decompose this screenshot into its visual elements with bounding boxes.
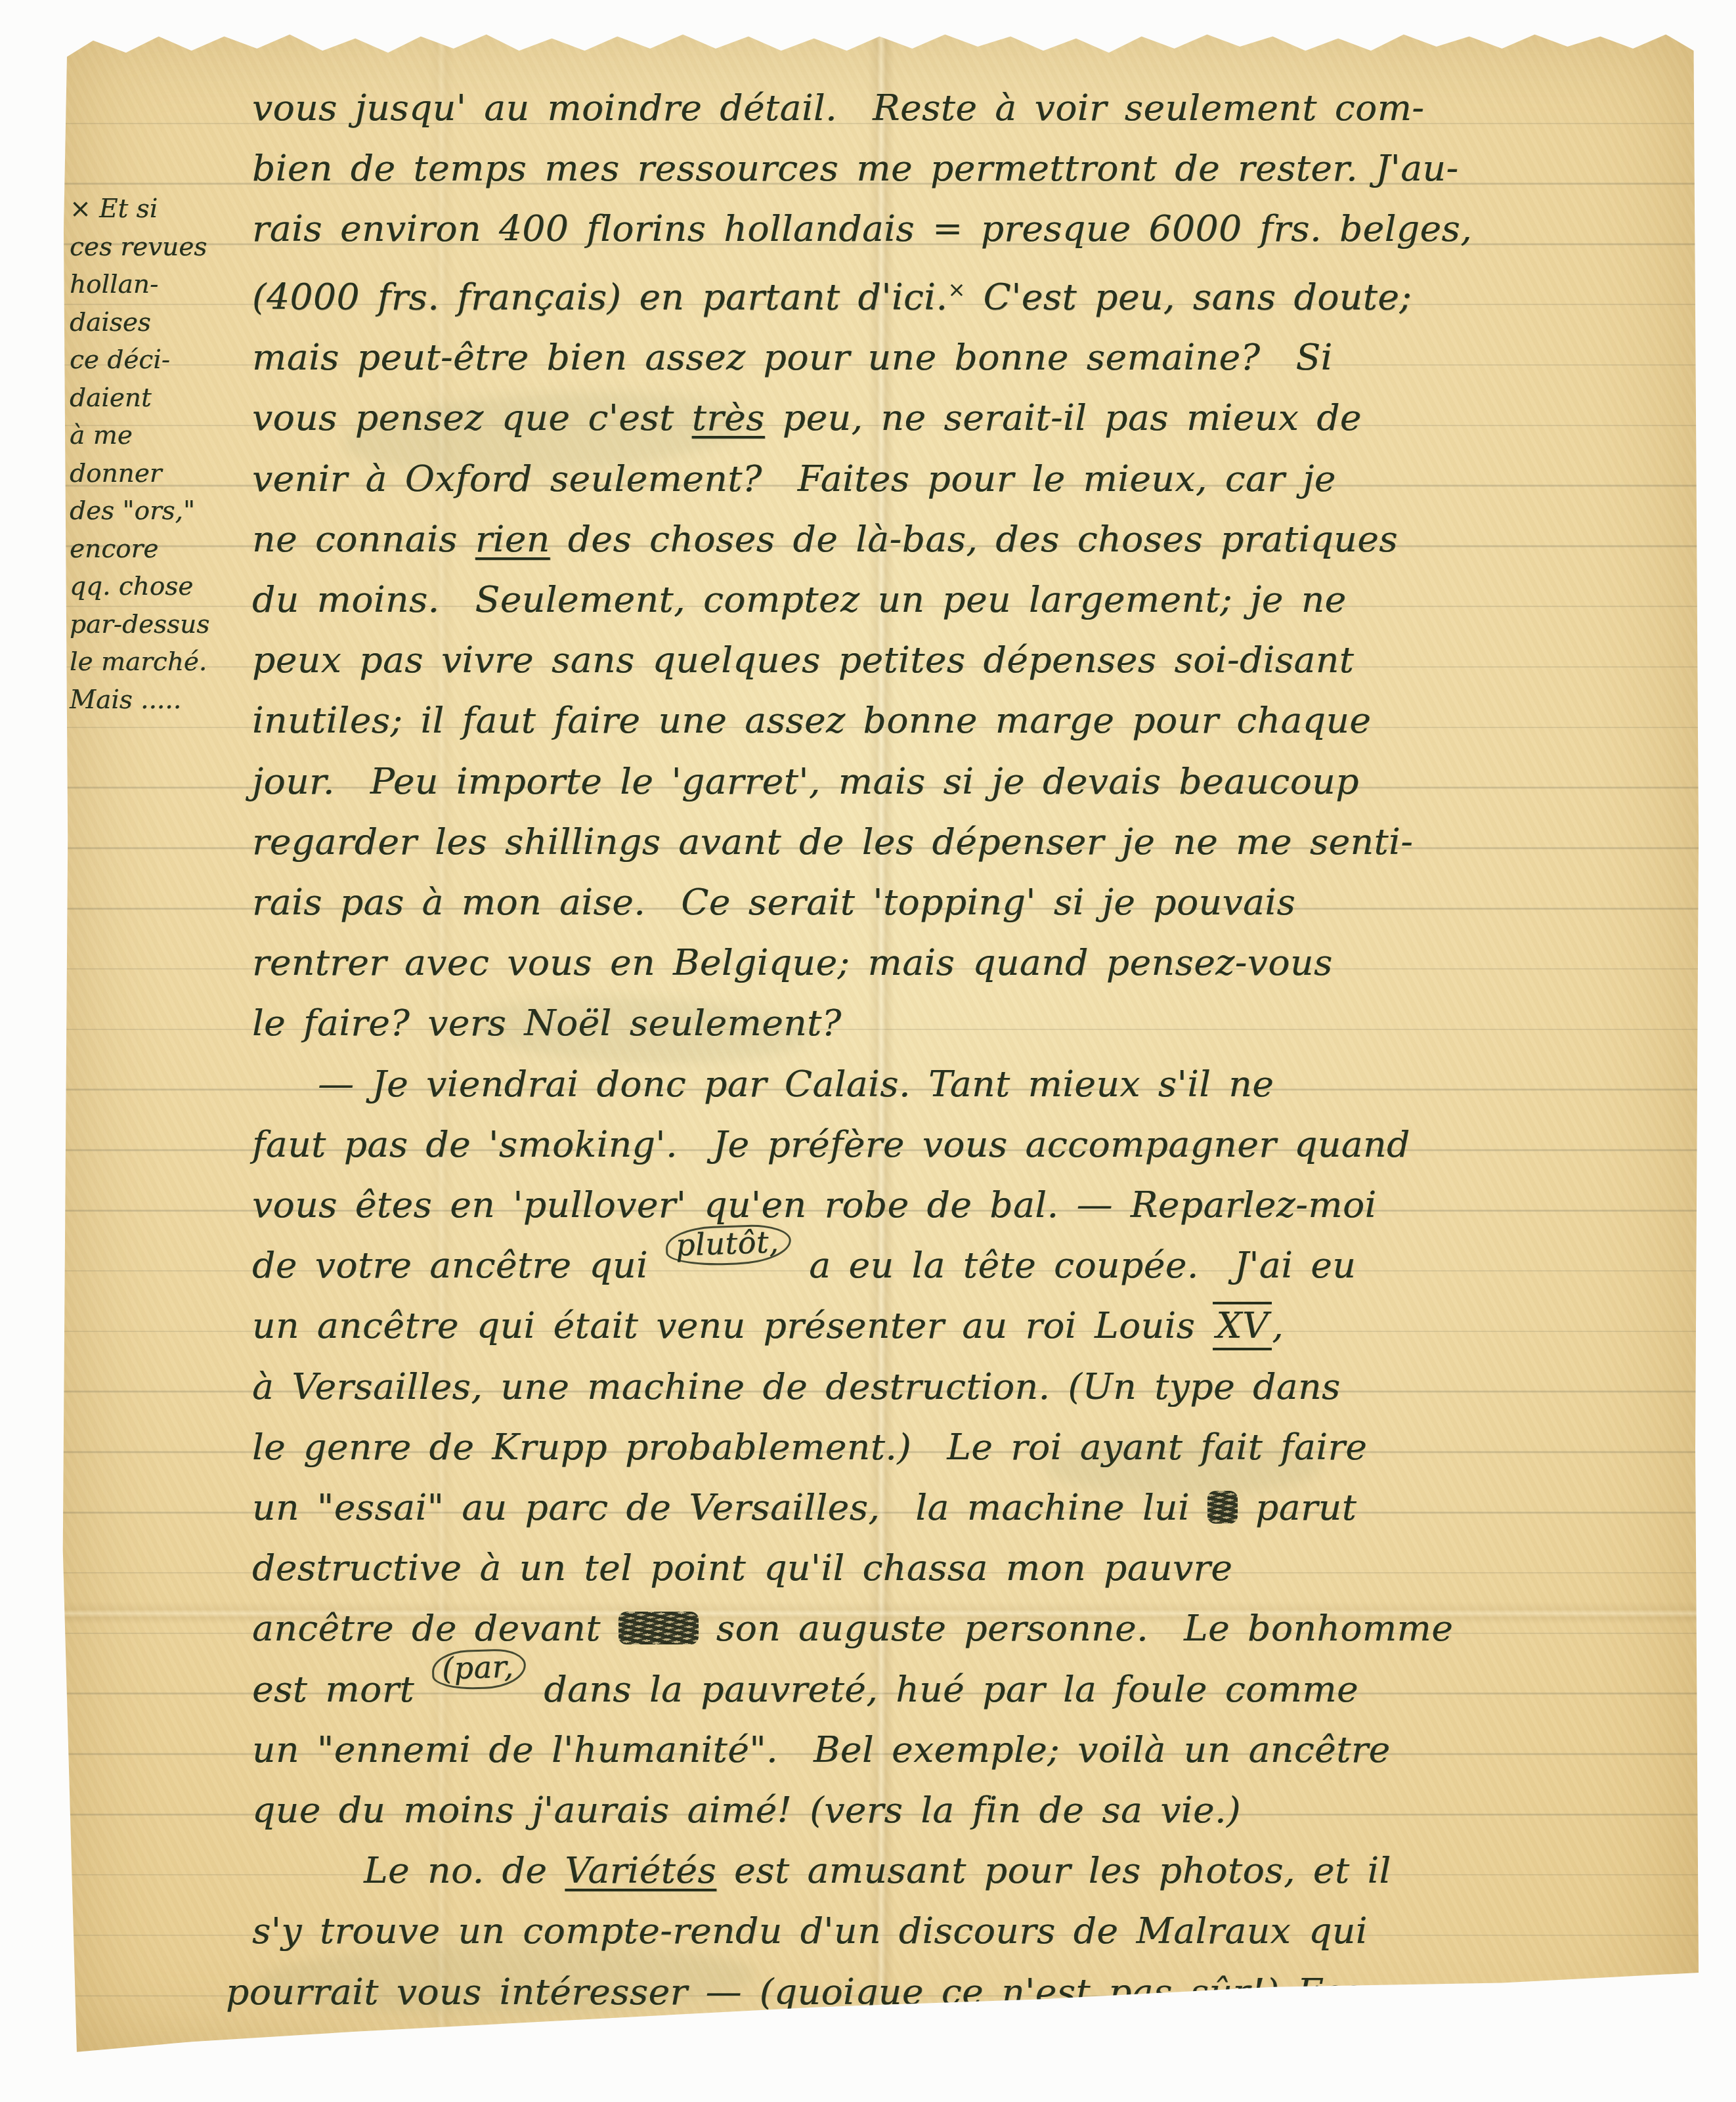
margin-note-line: des "ors," [70,492,253,530]
text-segment: parut [1238,1486,1356,1528]
margin-note-line: hollan- [70,266,253,304]
underlined-word: Variétés [565,1849,716,1891]
text-segment: à Versailles, une machine de destruction… [252,1365,1341,1407]
text-segment: C'est peu, sans doute; [966,276,1412,318]
underlined-word: très [692,397,765,439]
scratched-out-word [1207,1491,1238,1524]
scanned-letter-page: { "document_type": "handwritten-letter-s… [0,0,1736,2102]
text-segment: le faire? vers Noël seulement? [252,1002,842,1044]
margin-note-line: × Et si [70,190,253,228]
text-segment: mais peut-être bien assez pour une bonne… [252,336,1333,378]
text-segment: faut pas de 'smoking'. Je préfère vous a… [252,1123,1410,1165]
text-segment: regarder les shillings avant de les dépe… [252,821,1413,863]
margin-note-line: ce déci- [70,341,253,379]
margin-note-line: Mais ..... [70,681,253,719]
letter-line: faut pas de 'smoking'. Je préfère vous a… [252,1114,1683,1174]
text-segment: est amusant pour les photos, et il [716,1849,1391,1891]
text-segment: bien de temps mes ressources me permettr… [252,147,1458,189]
text-segment: Le no. de [364,1849,565,1891]
text-segment: son auguste personne. Le bonhomme [699,1607,1453,1649]
text-segment: pourrait vous intéresser — (quoique ce n… [226,1971,1457,2013]
text-segment: peu, ne serait-il pas mieux de [765,397,1362,439]
letter-line: peux pas vivre sans quelques petites dép… [252,630,1683,690]
letter-line: du moins. Seulement, comptez un peu larg… [252,569,1683,630]
letter-line: pourrait vous intéresser — (quoique ce n… [226,1962,1683,2022]
margin-note-line: le marché. [70,643,253,681]
text-segment: destructive à un tel point qu'il chassa … [252,1547,1232,1589]
letter-line: un "essai" au parc de Versailles, la mac… [252,1477,1683,1537]
footnote-mark: × [947,277,965,302]
text-segment: (4000 frs. français) en partant d'ici. [252,276,947,318]
margin-note-line: par-dessus [70,606,253,644]
letter-line: s'y trouve un compte-rendu d'un discours… [252,1900,1683,1961]
letter-line: inutiles; il faut faire une assez bonne … [252,690,1683,750]
margin-note-line: qq. chose [70,568,253,606]
margin-note-line: ces revues [70,228,253,267]
letter-line: venir à Oxford seulement? Faites pour le… [252,448,1683,509]
text-segment: , [1272,1304,1284,1346]
letter-line: le faire? vers Noël seulement? [252,993,1683,1053]
letter-line: mais peut-être bien assez pour une bonne… [252,327,1683,387]
margin-note-line: à me [70,417,253,455]
text-segment: rais pas à mon aise. Ce serait 'topping'… [252,881,1295,923]
letter-line: un ancêtre qui était venu présenter au r… [252,1295,1683,1356]
margin-note-line: daient [70,379,253,418]
emphasized-numeral: XV [1213,1302,1272,1350]
letter-line: rais environ 400 florins hollandais = pr… [252,198,1683,259]
letter-line: rentrer avec vous en Belgique; mais quan… [252,932,1683,993]
letter-line: destructive à un tel point qu'il chassa … [252,1537,1683,1598]
underlined-word: rien [475,518,550,560]
text-segment: venir à Oxford seulement? Faites pour le… [252,458,1336,500]
text-segment: dans la pauvreté, hué par la foule comme [526,1668,1358,1710]
letter-line: à Versailles, une machine de destruction… [252,1356,1683,1417]
letter-line: vous pensez que c'est très peu, ne serai… [252,387,1683,448]
text-segment: vous jusqu' au moindre détail. Reste à v… [252,87,1424,129]
text-segment: rentrer avec vous en Belgique; mais quan… [252,941,1333,983]
text-segment: s'y trouve un compte-rendu d'un discours… [252,1910,1368,1952]
text-segment: un "ennemi de l'humanité". Bel exemple; … [252,1728,1391,1770]
letter-line: ne connais rien des choses de là-bas, de… [252,509,1683,569]
text-segment: vous êtes en 'pullover' qu'en robe de ba… [252,1184,1377,1226]
text-segment: un ancêtre qui était venu présenter au r… [252,1304,1213,1346]
text-segment: de votre ancêtre qui [252,1244,666,1286]
margin-note-line: daises [70,304,253,342]
letter-line: un "ennemi de l'humanité". Bel exemple; … [252,1719,1683,1780]
letter-line: vous êtes en 'pullover' qu'en robe de ba… [252,1174,1683,1235]
text-segment: inutiles; il faut faire une assez bonne … [252,699,1371,741]
margin-note: × Et sices revueshollan-daisesce déci-da… [70,190,253,719]
text-segment: un "essai" au parc de Versailles, la mac… [252,1486,1207,1528]
text-segment: — Je viendrai donc par Calais. Tant mieu… [318,1063,1274,1105]
text-segment: est mort [252,1668,432,1710]
letter-line: regarder les shillings avant de les dépe… [252,811,1683,872]
inserted-word: plutôt, [665,1224,792,1268]
text-segment: vous pensez que c'est [252,397,692,439]
letter-body: vous jusqu' au moindre détail. Reste à v… [252,77,1683,2022]
letter-line: (4000 frs. français) en partant d'ici.× … [252,259,1683,328]
text-segment: que du moins j'aurais aimé! (vers la fin… [252,1789,1241,1831]
letter-line: que du moins j'aurais aimé! (vers la fin… [252,1780,1683,1840]
text-segment: jour. Peu importe le 'garret', mais si j… [252,760,1359,802]
scratched-out-word [618,1612,699,1644]
text-segment: le genre de Krupp probablement.) Le roi … [252,1426,1367,1468]
text-segment: peux pas vivre sans quelques petites dép… [252,639,1354,681]
letter-line: le genre de Krupp probablement.) Le roi … [252,1417,1683,1477]
text-segment: ne connais [252,518,475,560]
letter-line: de votre ancêtre qui plutôt, a eu la têt… [252,1235,1683,1295]
text-segment: ancêtre de devant [252,1607,618,1649]
letter-line: rais pas à mon aise. Ce serait 'topping'… [252,872,1683,932]
letter-line: bien de temps mes ressources me permettr… [252,138,1683,198]
margin-note-line: donner [70,455,253,493]
letter-paper: × Et sices revueshollan-daisesce déci-da… [60,26,1699,2058]
margin-note-line: encore [70,530,253,568]
text-segment: a eu la tête coupée. J'ai eu [791,1244,1356,1286]
text-segment: des choses de là-bas, des choses pratiqu… [550,518,1398,560]
letter-line: Le no. de Variétés est amusant pour les … [364,1840,1683,1900]
letter-line: — Je viendrai donc par Calais. Tant mieu… [318,1054,1683,1114]
letter-line: est mort (par, dans la pauvreté, hué par… [252,1659,1683,1719]
letter-line: jour. Peu importe le 'garret', mais si j… [252,751,1683,811]
letter-line: vous jusqu' au moindre détail. Reste à v… [252,77,1683,138]
inserted-word: (par, [431,1648,527,1690]
text-segment: rais environ 400 florins hollandais = pr… [252,207,1472,249]
text-segment: du moins. Seulement, comptez un peu larg… [252,578,1347,620]
